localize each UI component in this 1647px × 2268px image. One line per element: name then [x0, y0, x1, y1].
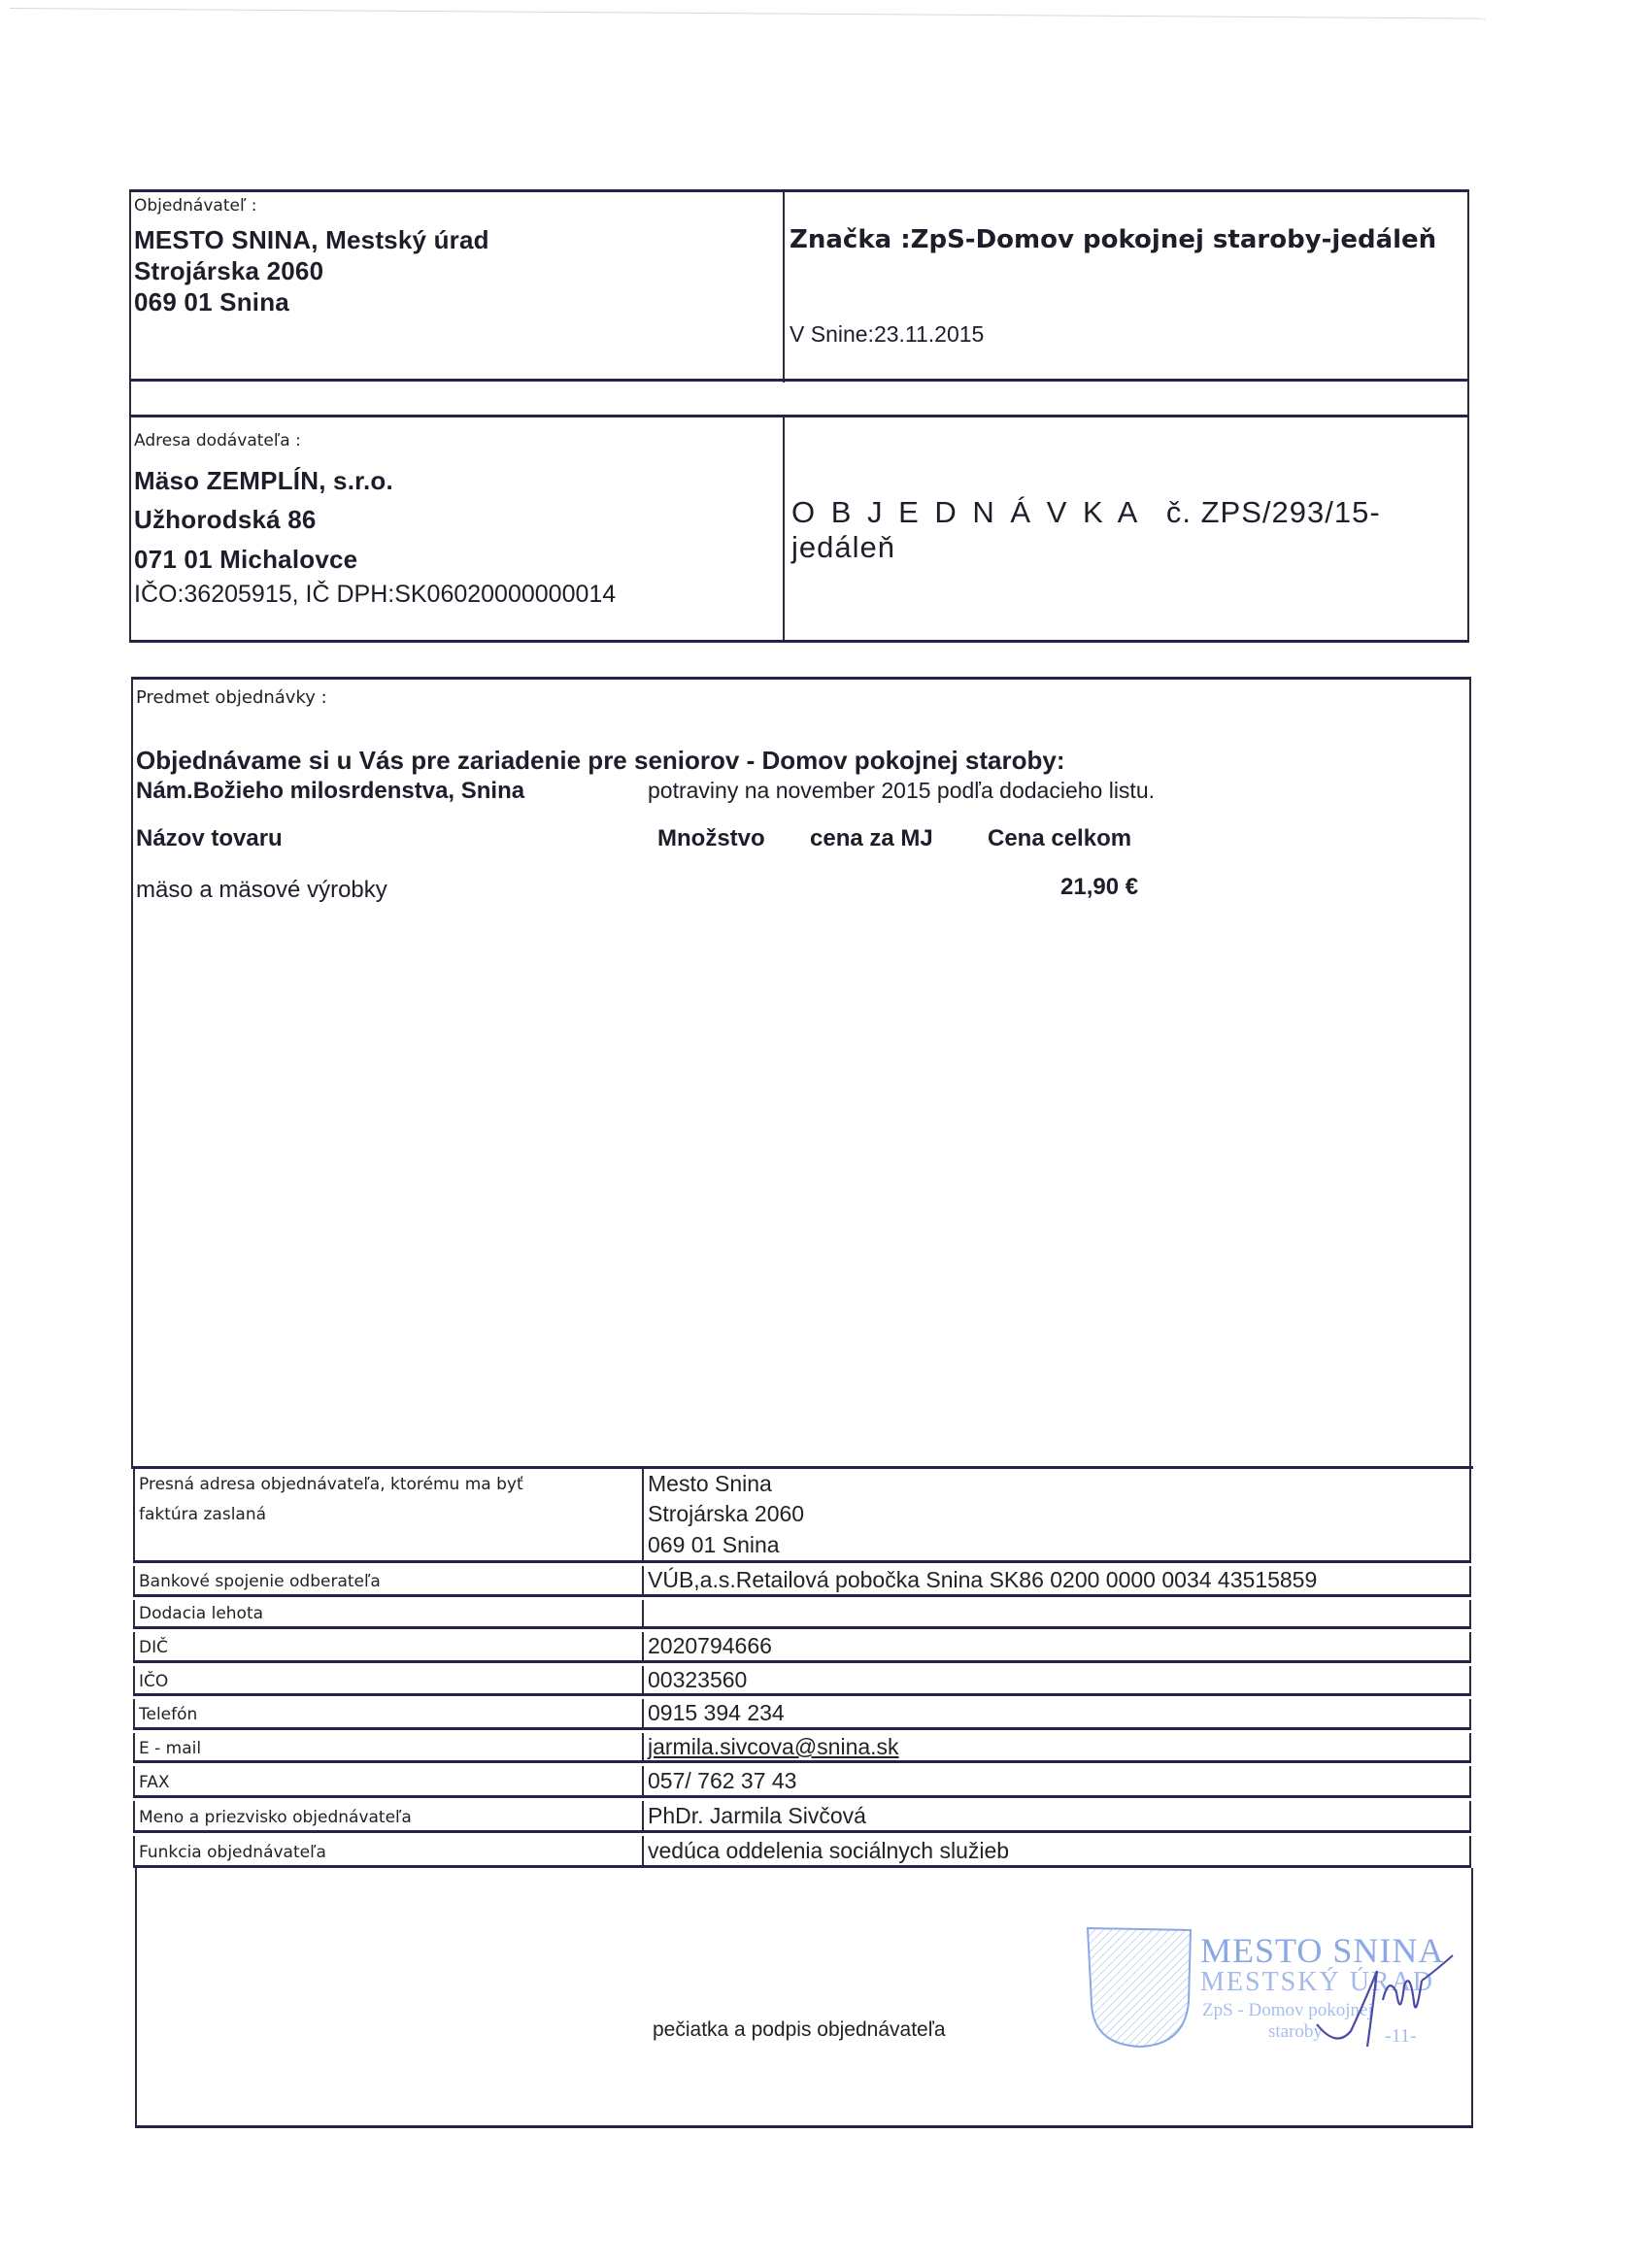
subject-box: Predmet objednávky : Objednávame si u Vá… [131, 677, 1471, 1469]
subject-line1: Objednávame si u Vás pre zariadenie pre … [136, 746, 1065, 776]
row-value: PhDr. Jarmila Sivčová [648, 1803, 866, 1829]
row-label: FAX [139, 1773, 170, 1792]
subject-label: Predmet objednávky : [136, 687, 327, 708]
orderer-name: MESTO SNINA, Mestský úrad [134, 225, 489, 255]
handwritten-signature [1307, 1942, 1462, 2058]
table-row: Telefón 0915 394 234 [133, 1699, 1471, 1730]
scan-artifact-line [10, 8, 1486, 19]
row-value: VÚB,a.s.Retailová pobočka Snina SK86 020… [648, 1567, 1317, 1593]
supplier-name: Mäso ZEMPLÍN, s.r.o. [134, 466, 393, 496]
item-total: 21,90 € [1060, 874, 1138, 901]
row-label: E - mail [139, 1739, 201, 1758]
column-divider [783, 416, 785, 640]
orderer-label: Objednávateľ : [134, 196, 256, 216]
row-value: 2020794666 [648, 1633, 772, 1659]
row-label: Bankové spojenie odberateľa [139, 1572, 381, 1591]
table-row: E - mail jarmila.sivcova@snina.sk [133, 1733, 1471, 1763]
row-label: Dodacia lehota [139, 1604, 263, 1623]
row-label: DIČ [139, 1638, 168, 1657]
supplier-box: Adresa dodávateľa : Mäso ZEMPLÍN, s.r.o.… [129, 416, 1469, 643]
column-header-quantity: Množstvo [657, 825, 765, 852]
table-row: IČO 00323560 [133, 1666, 1471, 1696]
column-header-name: Názov tovaru [136, 825, 283, 852]
supplier-street: Užhorodská 86 [134, 505, 317, 535]
supplier-ids: IČO:36205915, IČ DPH:SK06020000000014 [134, 581, 616, 609]
supplier-label: Adresa dodávateľa : [134, 431, 301, 450]
order-title-text: O B J E D N Á V K A [791, 495, 1141, 529]
orderer-street: Strojárska 2060 [134, 256, 323, 286]
orderer-box: Objednávateľ : MESTO SNINA, Mestský úrad… [129, 189, 1469, 382]
row-value: vedúca oddelenia sociálnych služieb [648, 1838, 1009, 1864]
column-header-unit-price: cena za MJ [810, 825, 933, 852]
row-value: Mesto Snina [648, 1471, 772, 1497]
signature-box: pečiatka a podpis objednávateľa MESTO SN… [135, 1868, 1473, 2128]
table-row: DIČ 2020794666 [133, 1632, 1471, 1663]
row-label: Meno a priezvisko objednávateľa [139, 1808, 412, 1827]
table-row: Bankové spojenie odberateľa VÚB,a.s.Reta… [133, 1566, 1471, 1597]
row-value: 057/ 762 37 43 [648, 1768, 796, 1794]
orderer-city: 069 01 Snina [134, 287, 289, 317]
item-name: mäso a mäsové výrobky [136, 877, 387, 904]
separator-strip [129, 379, 1469, 417]
coat-of-arms-icon [1084, 1924, 1195, 2051]
supplier-city: 071 01 Michalovce [134, 545, 357, 575]
column-header-total: Cena celkom [988, 825, 1131, 852]
row-label: faktúra zaslaná [139, 1505, 266, 1524]
email-link[interactable]: jarmila.sivcova@snina.sk [648, 1734, 899, 1760]
row-label: Funkcia objednávateľa [139, 1843, 326, 1862]
subject-description: potraviny na november 2015 podľa dodacie… [648, 778, 1155, 804]
table-row: Dodacia lehota [133, 1600, 1471, 1629]
table-row: FAX 057/ 762 37 43 [133, 1766, 1471, 1798]
row-value: Strojárska 2060 [648, 1501, 804, 1527]
row-label: Telefón [139, 1705, 197, 1724]
subject-location: Nám.Božieho milosrdenstva, Snina [136, 778, 524, 805]
table-row: Meno a priezvisko objednávateľa PhDr. Ja… [133, 1801, 1471, 1833]
row-label: IČO [139, 1672, 168, 1691]
column-divider [783, 192, 785, 383]
table-row: Presná adresa objednávateľa, ktorému ma … [133, 1469, 1471, 1563]
row-value: 069 01 Snina [648, 1532, 780, 1558]
row-value: 0915 394 234 [648, 1700, 785, 1726]
place-date: V Snine:23.11.2015 [790, 321, 984, 348]
row-label: Presná adresa objednávateľa, ktorému ma … [139, 1475, 523, 1494]
stamp: MESTO SNINA MESTSKÝ ÚRAD ZpS - Domov pok… [1084, 1924, 1501, 2060]
row-value: 00323560 [648, 1667, 747, 1693]
table-row: Funkcia objednávateľa vedúca oddelenia s… [133, 1836, 1471, 1868]
order-mark: Značka :ZpS-Domov pokojnej staroby-jedál… [790, 225, 1436, 254]
order-title: O B J E D N Á V K A č. ZPS/293/15-jedále… [791, 495, 1467, 565]
signature-label: pečiatka a podpis objednávateľa [653, 2018, 946, 2042]
